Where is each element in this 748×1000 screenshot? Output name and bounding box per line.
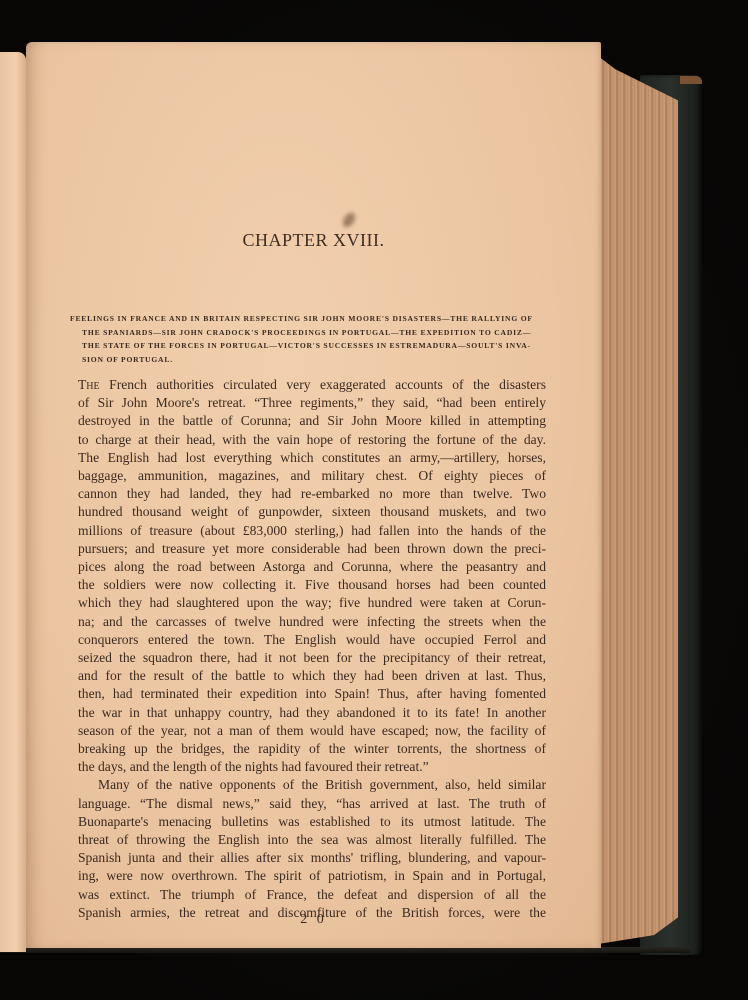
text-line: then, had terminated their expedition in… <box>78 685 546 703</box>
text-line: conquerors entered the town. The English… <box>78 631 546 649</box>
text-line: millions of treasure (about £83,000 ster… <box>78 522 546 540</box>
text-line: na; and the carcasses of twelve hundred … <box>78 613 546 631</box>
opening-word: The <box>78 377 100 392</box>
text-line: baggage, ammunition, magazines, and mili… <box>78 467 546 485</box>
text-line-para-start: Many of the native opponents of the Brit… <box>78 776 546 794</box>
text-line: cannon they had landed, they had re-emba… <box>78 485 546 503</box>
text-line: of Sir John Moore's retreat. “Three regi… <box>78 394 546 412</box>
text-line: season of the year, not a man of them wo… <box>78 722 546 740</box>
text-line: pursuers; and treasure yet more consider… <box>78 540 546 558</box>
text-line-first: The French authorities circulated very e… <box>78 376 546 394</box>
text-line: and for the result of the battle to whic… <box>78 667 546 685</box>
left-facing-page <box>0 52 26 952</box>
chapter-title: CHAPTER XVIII. <box>26 230 601 251</box>
book-page: CHAPTER XVIII. Feelings in France and in… <box>26 42 601 948</box>
text-line: seized the squadron there, had it not be… <box>78 649 546 667</box>
summary-line: the state of the forces in Portugal—Vict… <box>70 339 542 353</box>
text-line: destroyed in the battle of Corunna; and … <box>78 412 546 430</box>
text-line: the war in that unhappy country, had the… <box>78 704 546 722</box>
foxing-spot <box>340 211 357 230</box>
text-line: to charge at their head, with the vain h… <box>78 431 546 449</box>
body-text: The French authorities circulated very e… <box>78 376 546 922</box>
text-line: pices along the road between Astorga and… <box>78 558 546 576</box>
page-block-edge <box>598 56 678 944</box>
text-line: Buonaparte's menacing bulletins was esta… <box>78 813 546 831</box>
text-line: the soldiers were now collecting it. Fiv… <box>78 576 546 594</box>
page-number: 2 0 <box>26 912 601 928</box>
text-line: language. “The dismal news,” said they, … <box>78 795 546 813</box>
text-line: was extinct. The triumph of France, the … <box>78 886 546 904</box>
summary-line: Feelings in France and in Britain respec… <box>70 312 542 326</box>
cover-worn-corner <box>680 76 702 84</box>
text-line: hundred thousand weight of gunpowder, si… <box>78 503 546 521</box>
text-line: The English had lost everything which co… <box>78 449 546 467</box>
chapter-summary: Feelings in France and in Britain respec… <box>70 312 542 366</box>
text-line: breaking up the bridges, the rapidity of… <box>78 740 546 758</box>
text-line: which they had slaughtered upon the way;… <box>78 594 546 612</box>
text-line: Spanish junta and their allies after six… <box>78 849 546 867</box>
summary-line: the Spaniards—Sir John Cradock's proceed… <box>70 326 542 340</box>
text-line: ing, were now overthrown. The spirit of … <box>78 867 546 885</box>
text-line: threat of throwing the English into the … <box>78 831 546 849</box>
summary-line: sion of Portugal. <box>70 353 542 367</box>
text-line-para-end: the days, and the length of the nights h… <box>78 758 546 776</box>
